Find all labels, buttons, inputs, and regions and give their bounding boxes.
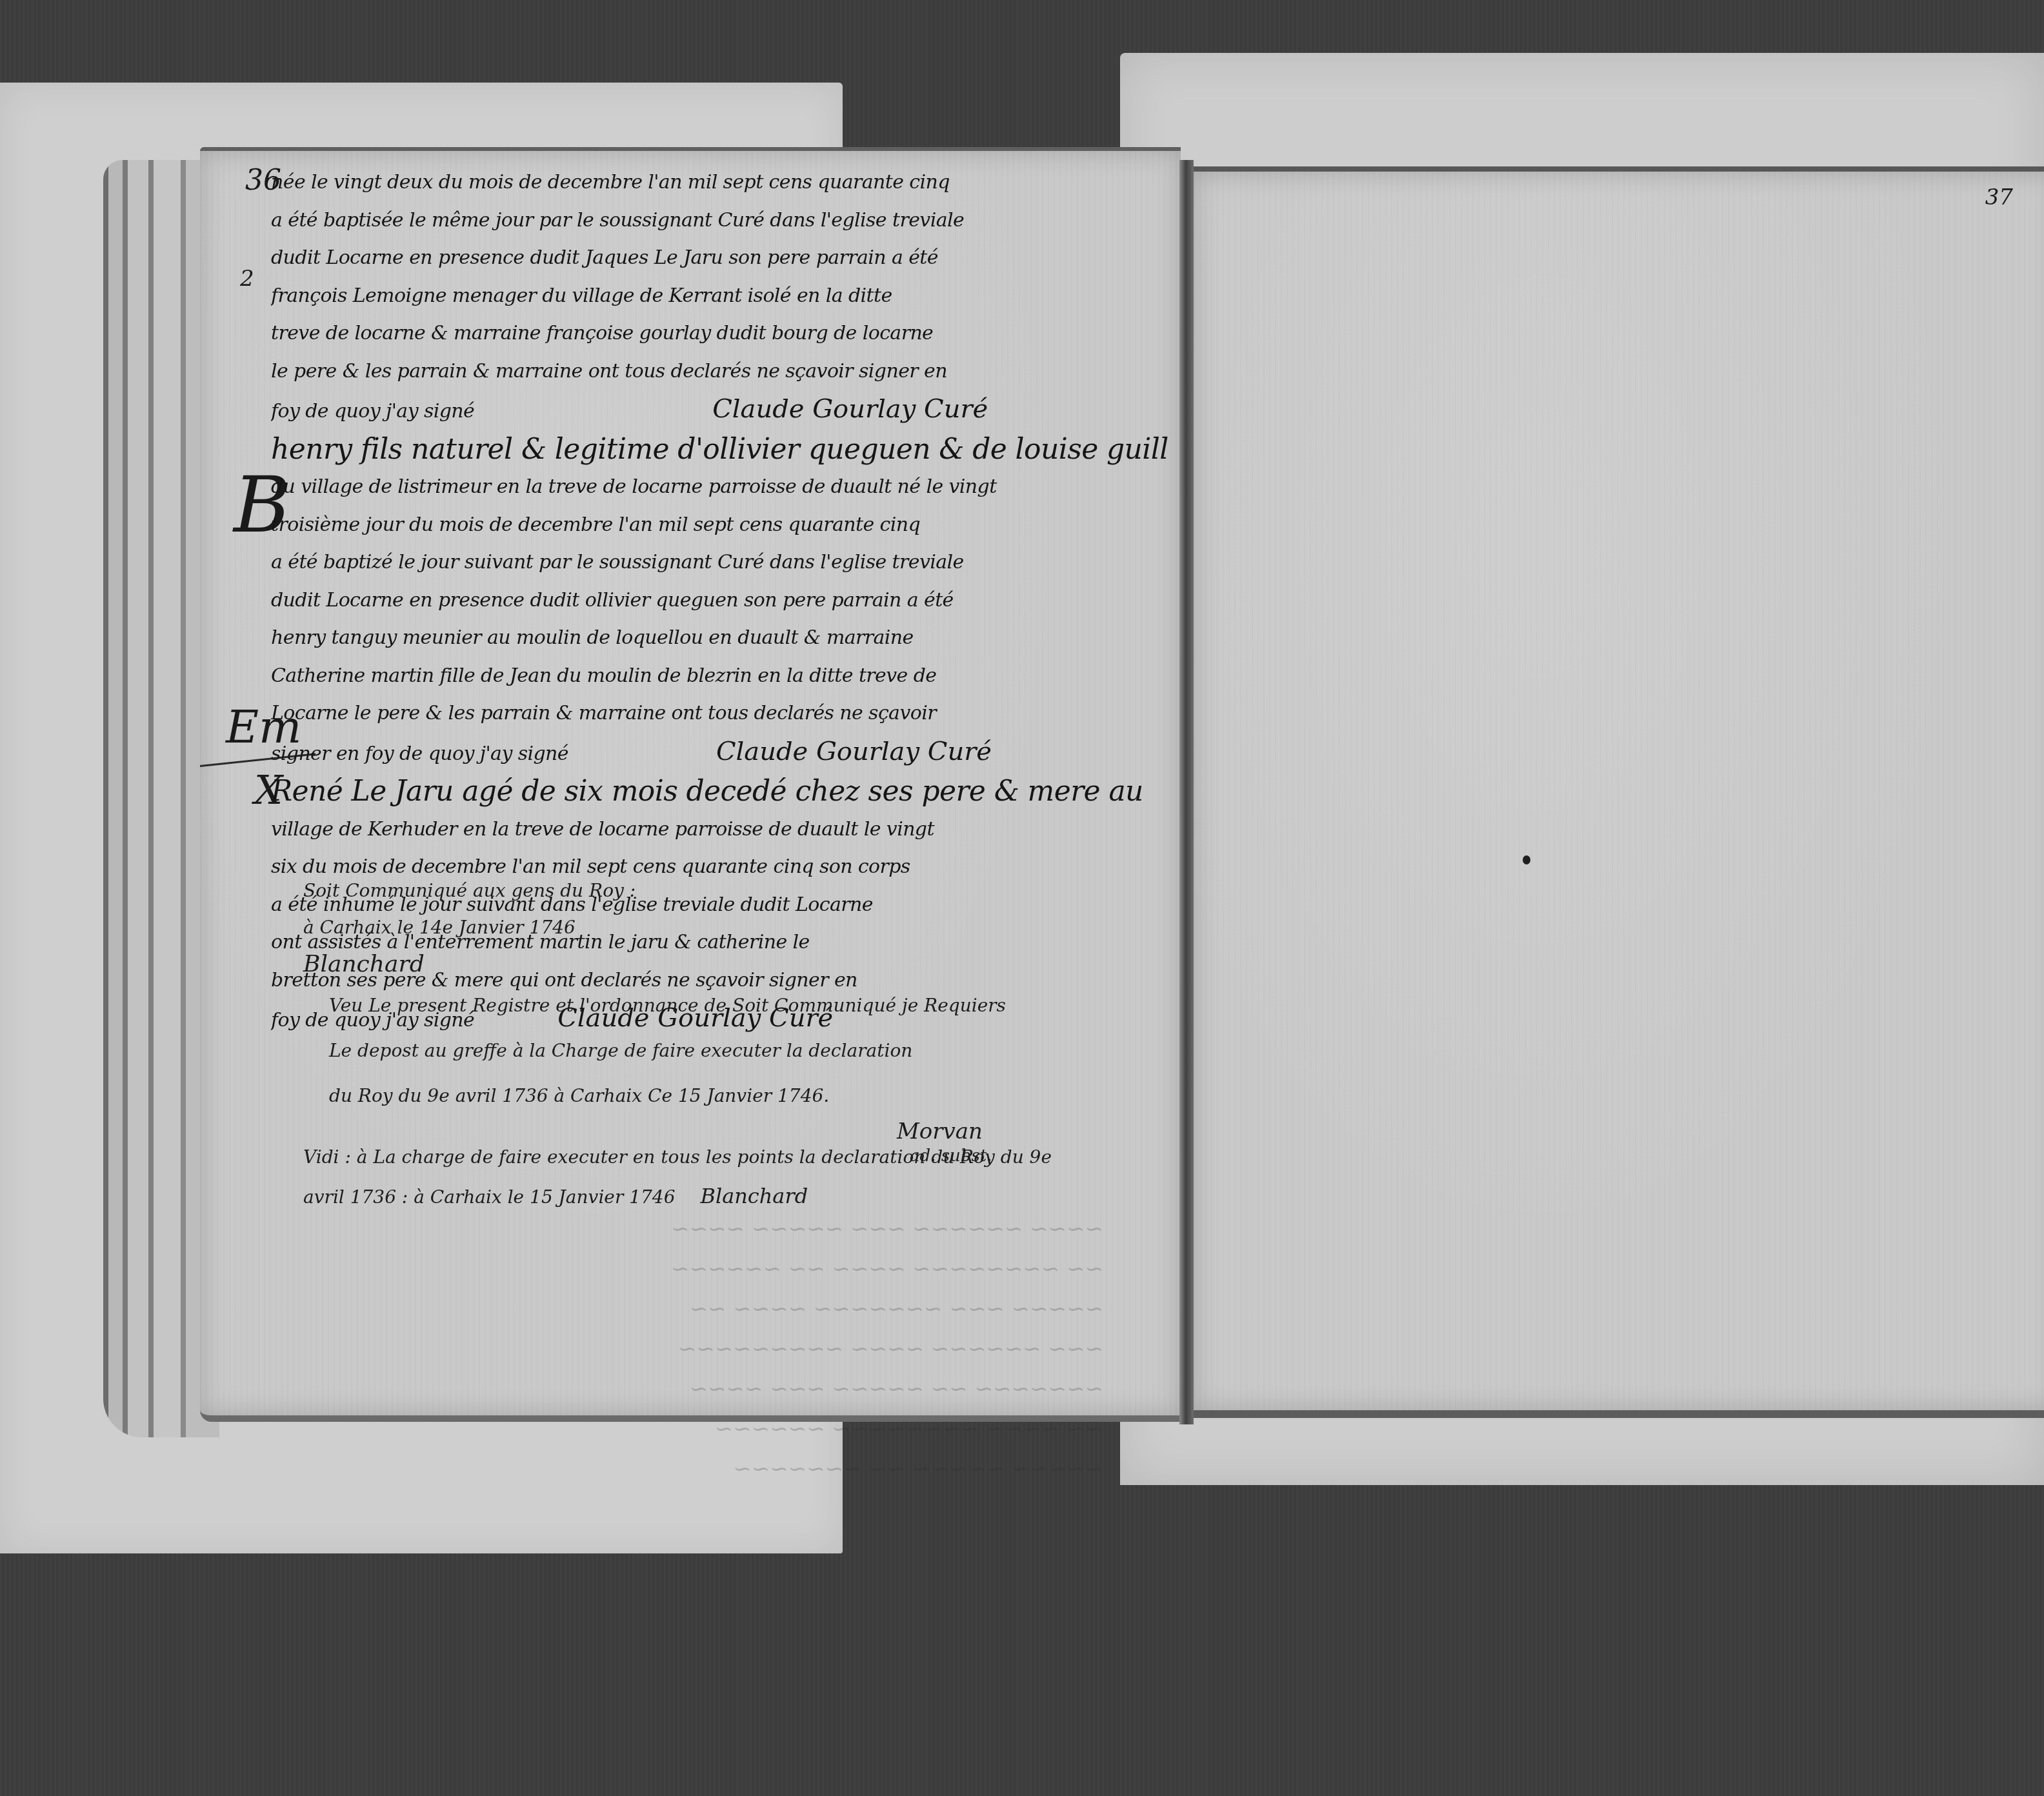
annotation-communique: Soit Communiqué aux gens du Roy : à Carh… [303, 868, 1168, 987]
entry-line: dudit Locarne en presence dudit ollivier… [271, 582, 1168, 620]
entry-line: treve de locarne & marraine françoise go… [271, 315, 1168, 353]
entry-line: troisième jour du mois de decembre l'an … [271, 506, 1168, 544]
entry-line: Locarne le pere & les parrain & marraine… [271, 695, 1168, 733]
entry-line: a été baptizé le jour suivant par le sou… [271, 544, 1168, 582]
official-signature: Blanchard [303, 942, 1168, 987]
entry-line: foy de quoy j'ay signé Claude Gourlay Cu… [271, 390, 1168, 431]
entry-line: françois Lemoigne menager du village de … [271, 277, 1168, 315]
book-gutter [1179, 160, 1194, 1424]
entry-line: henry fils naturel & legitime d'ollivier… [271, 431, 1168, 469]
official-signature: Blanchard [700, 1184, 808, 1208]
margin-note-entry1: 2 [240, 266, 254, 292]
ink-spot [1523, 855, 1530, 864]
register-photograph: 36 2 B Em X née le vingt deux du mois de… [0, 0, 2044, 1796]
entry-line: dudit Locarne en presence dudit Jaques L… [271, 239, 1168, 277]
entry-closing-text: signer en foy de quoy j'ay signé [271, 743, 568, 765]
entry-baptism-2: henry fils naturel & legitime d'ollivier… [271, 431, 1168, 773]
entry-line: René Le Jaru agé de six mois decedé chez… [271, 773, 1168, 811]
priest-signature: Claude Gourlay Curé [716, 733, 992, 771]
annotation-vidi: Vidi : à La charge de faire executer en … [303, 1138, 1168, 1217]
entry-line: Catherine martin fille de Jean du moulin… [271, 657, 1168, 695]
entry-line: née le vingt deux du mois de decembre l'… [271, 164, 1168, 202]
annotation-line: à Carhaix le 14e Janvier 1746 [303, 913, 1168, 942]
entry-line: henry tanguy meunier au moulin de loquel… [271, 619, 1168, 657]
left-page: 36 2 B Em X née le vingt deux du mois de… [200, 147, 1181, 1422]
annotation-line: avril 1736 : à Carhaix le 15 Janvier 174… [303, 1186, 675, 1208]
entry-line: du village de listrimeur en la treve de … [271, 468, 1168, 506]
priest-signature: Claude Gourlay Curé [712, 390, 988, 428]
bleed-through-text: ~~~~ ~~~~~~ ~~~ ~~~~~ ~~~~ ~~ ~~~~~~~~ ~… [394, 1209, 1103, 1570]
open-register-book: 36 2 B Em X née le vingt deux du mois de… [103, 147, 1961, 1450]
entry-baptism-1: née le vingt deux du mois de decembre l'… [271, 164, 1168, 431]
right-page: 37 [1194, 166, 2044, 1418]
annotation-line: Le depost au greffe à la Charge de faire… [329, 1028, 1168, 1073]
annotation-line: Veu Le present Registre et l'ordonnance … [329, 983, 1168, 1028]
entry-closing-text: foy de quoy j'ay signé [271, 400, 474, 423]
annotation-line: Vidi : à La charge de faire executer en … [303, 1138, 1168, 1177]
entry-line: le pere & les parrain & marraine ont tou… [271, 353, 1168, 391]
entry-line: a été baptisée le même jour par le souss… [271, 202, 1168, 240]
entry-line: village de Kerhuder en la treve de locar… [271, 811, 1168, 849]
page-number-right: 37 [1985, 185, 2013, 210]
entry-line: signer en foy de quoy j'ay signé Claude … [271, 733, 1168, 773]
annotation-line: Soit Communiqué aux gens du Roy : [303, 868, 1168, 913]
annotation-line: du Roy du 9e avril 1736 à Carhaix Ce 15 … [329, 1073, 1168, 1119]
